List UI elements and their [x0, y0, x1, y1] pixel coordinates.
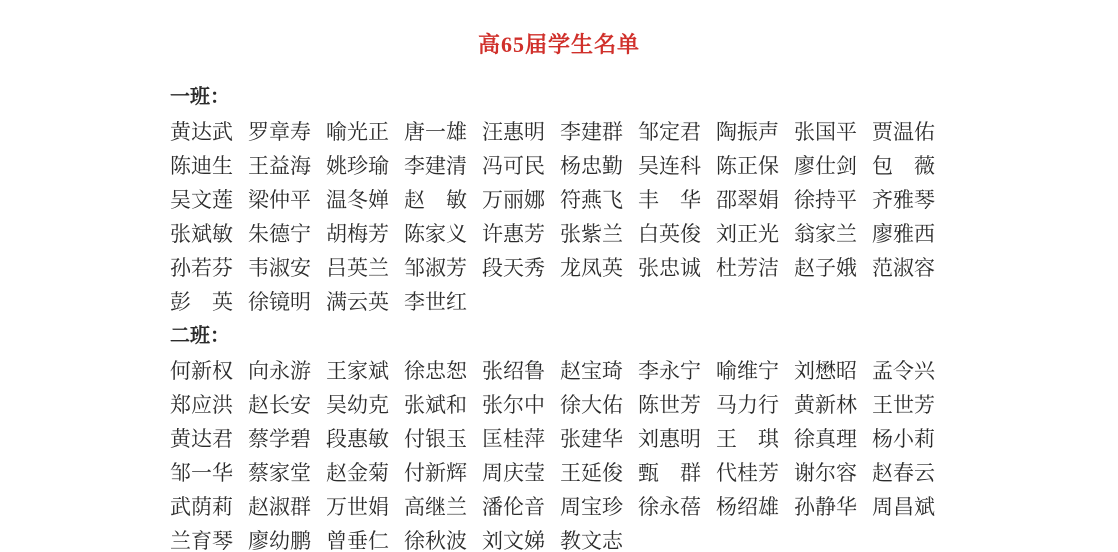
name-row: 何新权向永游王家斌徐忠恕张绍鲁赵宝琦李永宁喻维宁刘懋昭孟令兴 [170, 354, 960, 388]
student-name: 唐一雄 [404, 115, 468, 149]
student-name: 甄 群 [638, 456, 702, 490]
student-name: 吴连科 [638, 149, 702, 183]
student-name: 赵淑群 [248, 490, 312, 524]
student-name: 马力行 [716, 388, 780, 422]
student-name: 赵金菊 [326, 456, 390, 490]
student-name: 廖雅西 [872, 217, 936, 251]
student-name: 谢尔容 [794, 456, 858, 490]
student-name: 朱德宁 [248, 217, 312, 251]
student-name: 陈正保 [716, 149, 780, 183]
student-name: 蔡学碧 [248, 422, 312, 456]
student-name: 赵宝琦 [560, 354, 624, 388]
name-row: 武荫莉赵淑群万世娟高继兰潘伦音周宝珍徐永蓓杨绍雄孙静华周昌斌 [170, 490, 960, 524]
student-name: 王家斌 [326, 354, 390, 388]
student-name: 潘伦音 [482, 490, 546, 524]
student-name: 张斌和 [404, 388, 468, 422]
student-name: 赵 敏 [404, 183, 468, 217]
student-name: 王 琪 [716, 422, 780, 456]
student-name: 高继兰 [404, 490, 468, 524]
student-name: 陈迪生 [170, 149, 234, 183]
student-name: 贾温佑 [872, 115, 936, 149]
student-name: 丰 华 [638, 183, 702, 217]
student-name: 刘懋昭 [794, 354, 858, 388]
page-title: 高65届学生名单 [0, 0, 1118, 59]
student-name: 杨小莉 [872, 422, 936, 456]
student-name: 李世红 [404, 285, 468, 319]
student-name: 郑应洪 [170, 388, 234, 422]
student-name: 匡桂萍 [482, 422, 546, 456]
student-name: 张绍鲁 [482, 354, 546, 388]
student-name: 武荫莉 [170, 490, 234, 524]
student-name: 代桂芳 [716, 456, 780, 490]
student-name: 胡梅芳 [326, 217, 390, 251]
student-name: 李永宁 [638, 354, 702, 388]
student-name: 廖仕剑 [794, 149, 858, 183]
student-name: 吴幼克 [326, 388, 390, 422]
student-name: 满云英 [326, 285, 390, 319]
student-name: 徐大佑 [560, 388, 624, 422]
student-name: 邹一华 [170, 456, 234, 490]
student-name: 兰育琴 [170, 524, 234, 552]
document-page: 高65届学生名单 一班：黄达武罗章寿喻光正唐一雄汪惠明李建群邹定君陶振声张国平贾… [0, 0, 1118, 552]
student-name: 符燕飞 [560, 183, 624, 217]
student-name: 喻光正 [326, 115, 390, 149]
student-name: 赵长安 [248, 388, 312, 422]
student-name: 张斌敏 [170, 217, 234, 251]
student-name: 姚珍瑜 [326, 149, 390, 183]
student-name: 冯可民 [482, 149, 546, 183]
student-name: 黄达君 [170, 422, 234, 456]
name-row: 黄达武罗章寿喻光正唐一雄汪惠明李建群邹定君陶振声张国平贾温佑 [170, 115, 960, 149]
student-name: 赵子娥 [794, 251, 858, 285]
student-name: 范淑容 [872, 251, 936, 285]
student-name: 温冬婵 [326, 183, 390, 217]
student-name: 杨绍雄 [716, 490, 780, 524]
student-name: 万世娟 [326, 490, 390, 524]
name-row: 郑应洪赵长安吴幼克张斌和张尔中徐大佑陈世芳马力行黄新林王世芳 [170, 388, 960, 422]
student-name: 陈家义 [404, 217, 468, 251]
class-section: 二班：何新权向永游王家斌徐忠恕张绍鲁赵宝琦李永宁喻维宁刘懋昭孟令兴郑应洪赵长安吴… [170, 319, 960, 552]
name-row: 邹一华蔡家堂赵金菊付新辉周庆莹王延俊甄 群代桂芳谢尔容赵春云 [170, 456, 960, 490]
student-name: 喻维宁 [716, 354, 780, 388]
student-name: 段天秀 [482, 251, 546, 285]
student-name: 黄新林 [794, 388, 858, 422]
class-section: 一班：黄达武罗章寿喻光正唐一雄汪惠明李建群邹定君陶振声张国平贾温佑陈迪生王益海姚… [170, 80, 960, 319]
student-name: 龙凤英 [560, 251, 624, 285]
student-name: 徐真理 [794, 422, 858, 456]
name-row: 彭 英徐镜明满云英李世红 [170, 285, 960, 319]
student-name: 张建华 [560, 422, 624, 456]
student-name: 王益海 [248, 149, 312, 183]
student-name: 何新权 [170, 354, 234, 388]
student-name: 许惠芳 [482, 217, 546, 251]
name-row: 兰育琴廖幼鹏曾垂仁徐秋波刘文娣教文志 [170, 524, 960, 552]
student-name: 刘文娣 [482, 524, 546, 552]
student-name: 曾垂仁 [326, 524, 390, 552]
student-name: 韦淑安 [248, 251, 312, 285]
student-name: 陈世芳 [638, 388, 702, 422]
student-name: 邹定君 [638, 115, 702, 149]
student-name: 徐持平 [794, 183, 858, 217]
student-name: 杨忠勤 [560, 149, 624, 183]
student-name: 孟令兴 [872, 354, 936, 388]
student-name: 汪惠明 [482, 115, 546, 149]
student-name: 徐永蓓 [638, 490, 702, 524]
student-name: 王世芳 [872, 388, 936, 422]
section-label: 二班： [170, 319, 960, 354]
student-name: 周庆莹 [482, 456, 546, 490]
student-name: 彭 英 [170, 285, 234, 319]
student-name: 廖幼鹏 [248, 524, 312, 552]
student-name: 教文志 [560, 524, 624, 552]
student-name: 吴文莲 [170, 183, 234, 217]
student-name: 张忠诚 [638, 251, 702, 285]
student-name: 孙静华 [794, 490, 858, 524]
student-name: 付新辉 [404, 456, 468, 490]
name-row: 黄达君蔡学碧段惠敏付银玉匡桂萍张建华刘惠明王 琪徐真理杨小莉 [170, 422, 960, 456]
student-name: 李建群 [560, 115, 624, 149]
section-label: 一班： [170, 80, 960, 115]
student-name: 张紫兰 [560, 217, 624, 251]
student-name: 孙若芬 [170, 251, 234, 285]
student-name: 段惠敏 [326, 422, 390, 456]
student-name: 张尔中 [482, 388, 546, 422]
name-row: 孙若芬韦淑安吕英兰邹淑芳段天秀龙凤英张忠诚杜芳洁赵子娥范淑容 [170, 251, 960, 285]
name-list: 一班：黄达武罗章寿喻光正唐一雄汪惠明李建群邹定君陶振声张国平贾温佑陈迪生王益海姚… [170, 80, 960, 552]
name-row: 陈迪生王益海姚珍瑜李建清冯可民杨忠勤吴连科陈正保廖仕剑包 薇 [170, 149, 960, 183]
student-name: 邵翠娟 [716, 183, 780, 217]
student-name: 翁家兰 [794, 217, 858, 251]
student-name: 周宝珍 [560, 490, 624, 524]
student-name: 白英俊 [638, 217, 702, 251]
student-name: 包 薇 [872, 149, 936, 183]
student-name: 王延俊 [560, 456, 624, 490]
student-name: 罗章寿 [248, 115, 312, 149]
student-name: 吕英兰 [326, 251, 390, 285]
student-name: 陶振声 [716, 115, 780, 149]
student-name: 张国平 [794, 115, 858, 149]
student-name: 邹淑芳 [404, 251, 468, 285]
student-name: 赵春云 [872, 456, 936, 490]
student-name: 黄达武 [170, 115, 234, 149]
student-name: 刘惠明 [638, 422, 702, 456]
student-name: 徐镜明 [248, 285, 312, 319]
student-name: 梁仲平 [248, 183, 312, 217]
student-name: 万丽娜 [482, 183, 546, 217]
student-name: 蔡家堂 [248, 456, 312, 490]
student-name: 付银玉 [404, 422, 468, 456]
student-name: 徐忠恕 [404, 354, 468, 388]
student-name: 徐秋波 [404, 524, 468, 552]
name-row: 吴文莲梁仲平温冬婵赵 敏万丽娜符燕飞丰 华邵翠娟徐持平齐雅琴 [170, 183, 960, 217]
name-row: 张斌敏朱德宁胡梅芳陈家义许惠芳张紫兰白英俊刘正光翁家兰廖雅西 [170, 217, 960, 251]
student-name: 杜芳洁 [716, 251, 780, 285]
student-name: 李建清 [404, 149, 468, 183]
student-name: 齐雅琴 [872, 183, 936, 217]
student-name: 刘正光 [716, 217, 780, 251]
student-name: 向永游 [248, 354, 312, 388]
student-name: 周昌斌 [872, 490, 936, 524]
